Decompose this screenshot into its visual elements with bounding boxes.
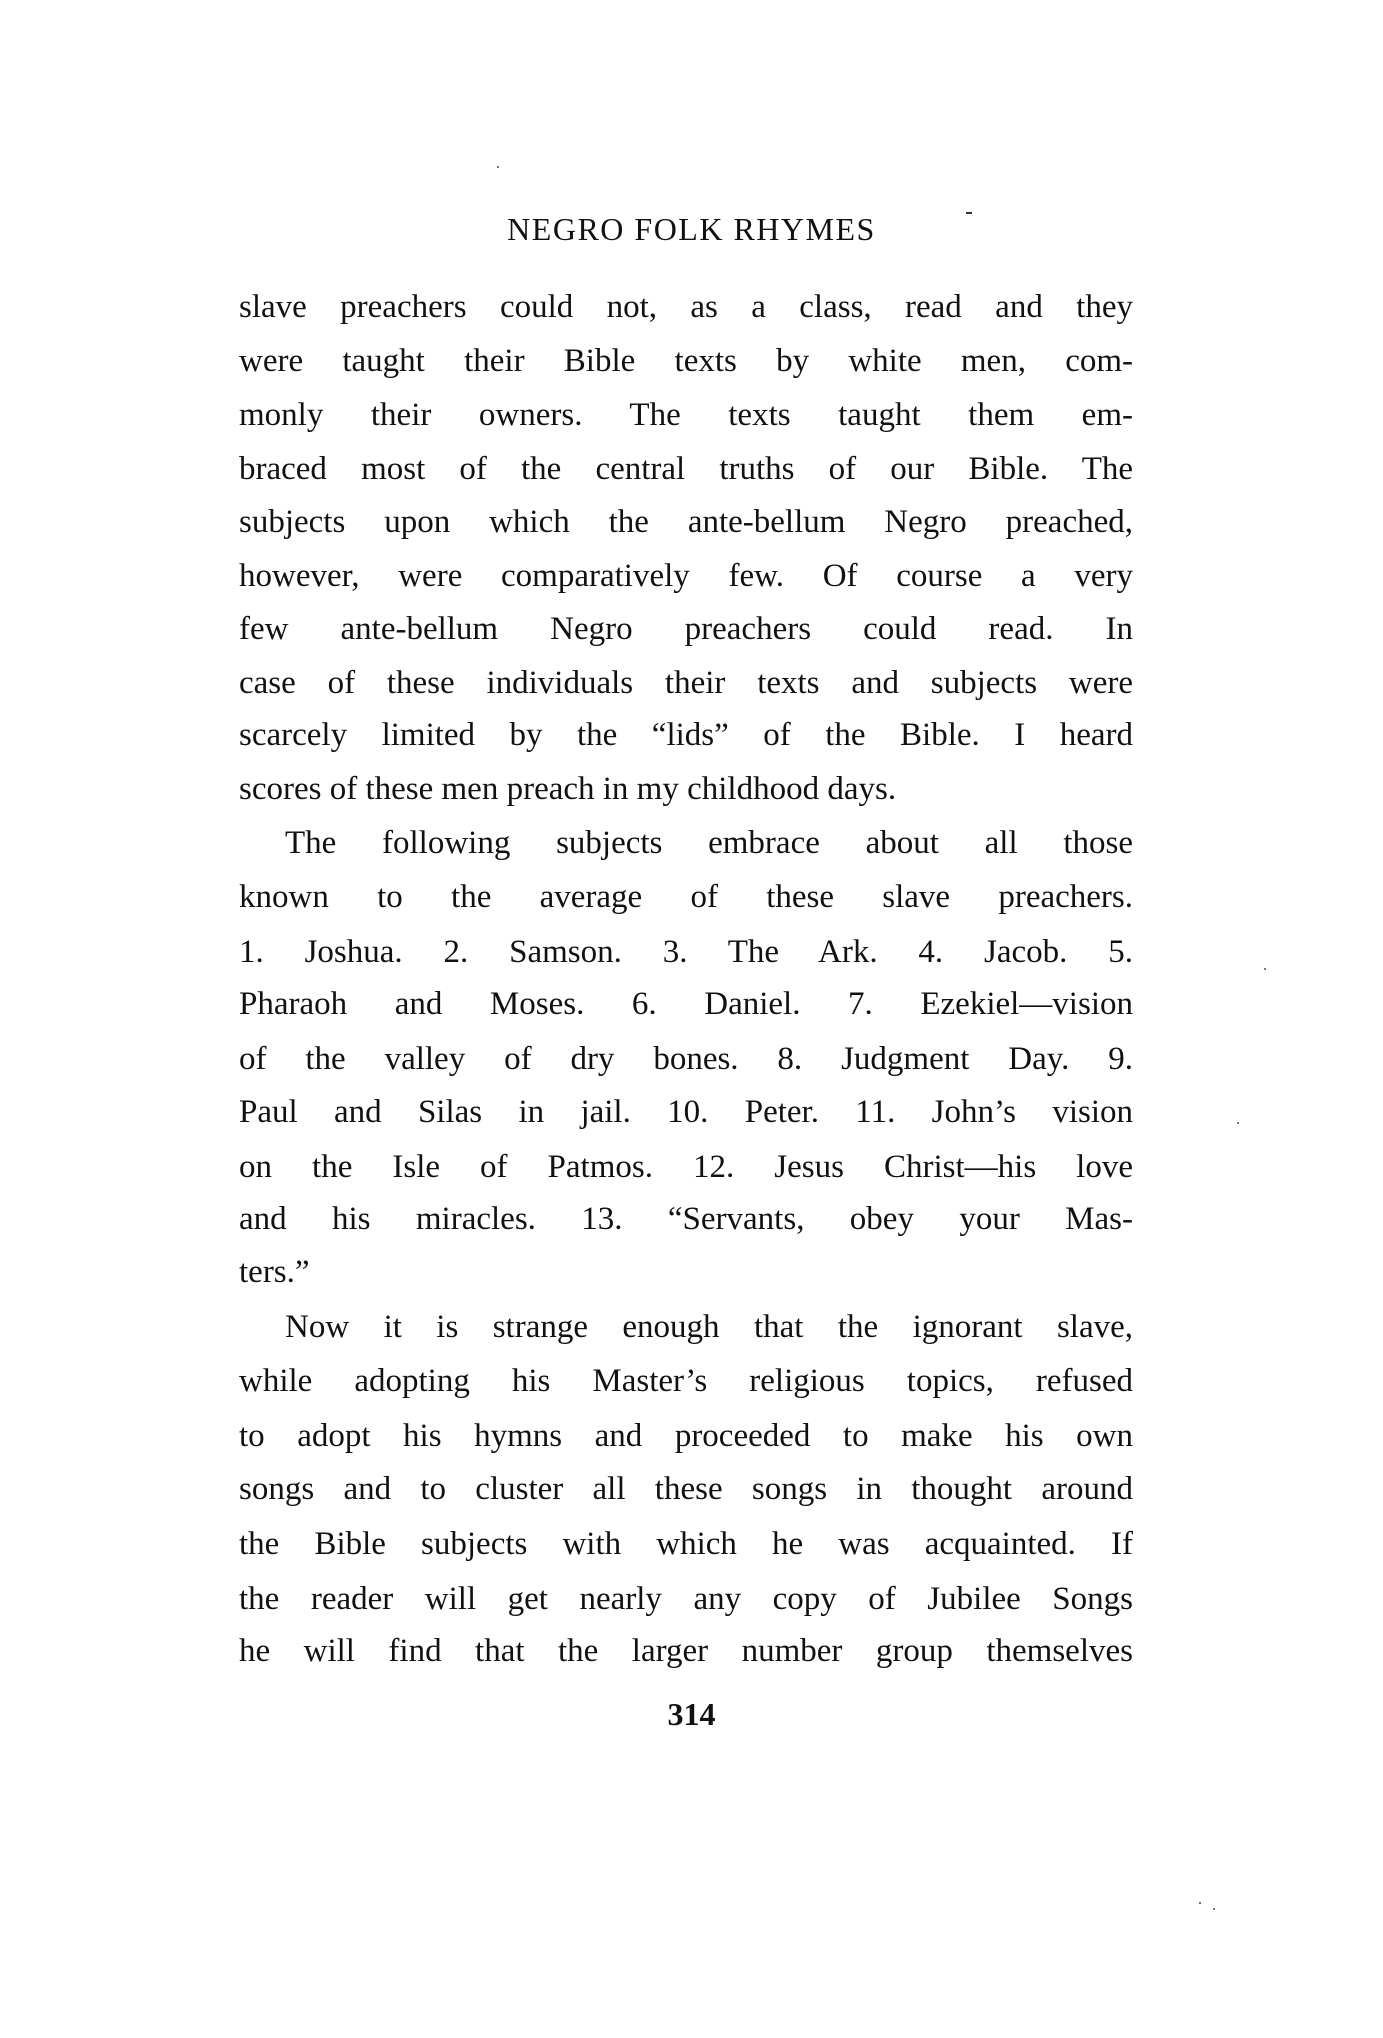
list-line: Pharaoh and Moses. 6. Daniel. 7. Ezekiel… [239,988,1133,1021]
text-line: case of these individuals their texts an… [239,667,1133,700]
book-page: NEGRO FOLK RHYMES slave preachers could … [0,0,1383,2038]
paragraph-start-line: Now it is strange enough that the ignora… [285,1311,1133,1344]
list-line: ters.” [239,1256,1133,1289]
scan-speck [497,166,499,168]
text-line: known to the average of these slave prea… [239,881,1133,914]
text-line: the reader will get nearly any copy of J… [239,1583,1133,1616]
page-number: 314 [0,1698,1383,1730]
paragraph-start-line: The following subjects embrace about all… [285,827,1133,860]
scan-speck [1237,1122,1239,1124]
text-line: while adopting his Master’s religious to… [239,1365,1133,1398]
list-line: and his miracles. 13. “Servants, obey yo… [239,1203,1133,1236]
text-line: few ante-bellum Negro preachers could re… [239,613,1133,646]
text-line: subjects upon which the ante-bellum Negr… [239,506,1133,539]
text-line: braced most of the central truths of our… [239,453,1133,486]
scan-speck [1199,1902,1201,1904]
scan-speck [1264,968,1266,970]
list-line: on the Isle of Patmos. 12. Jesus Christ—… [239,1151,1133,1184]
scan-mark [966,212,972,214]
text-line: the Bible subjects with which he was acq… [239,1528,1133,1561]
text-line: were taught their Bible texts by white m… [239,345,1133,378]
text-line: slave preachers could not, as a class, r… [239,291,1133,324]
scan-speck [1213,1908,1215,1910]
text-line: he will find that the larger number grou… [239,1635,1133,1668]
text-line: songs and to cluster all these songs in … [239,1473,1133,1506]
text-line: to adopt his hymns and proceeded to make… [239,1420,1133,1453]
text-line: scores of these men preach in my childho… [239,773,1133,806]
text-line: scarcely limited by the “lids” of the Bi… [239,719,1133,752]
running-head: NEGRO FOLK RHYMES [0,213,1383,245]
list-line: of the valley of dry bones. 8. Judgment … [239,1043,1133,1076]
text-line: however, were comparatively few. Of cour… [239,560,1133,593]
list-line: Paul and Silas in jail. 10. Peter. 11. J… [239,1096,1133,1129]
text-line: monly their owners. The texts taught the… [239,399,1133,432]
list-line: 1. Joshua. 2. Samson. 3. The Ark. 4. Jac… [239,936,1133,969]
